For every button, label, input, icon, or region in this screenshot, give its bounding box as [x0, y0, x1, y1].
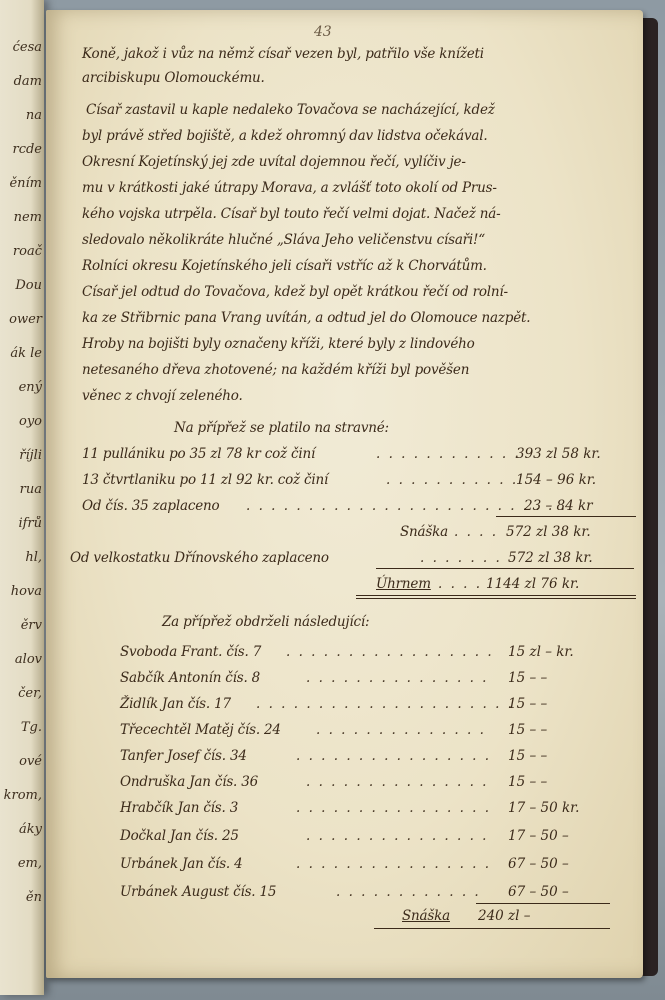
leader-dots: . . . .: [438, 576, 482, 592]
left-page-text-fragment: áky: [0, 822, 44, 837]
total-rule: [356, 598, 636, 599]
section1-heading: Na přípřež se platilo na stravné:: [174, 420, 389, 436]
section2-total-label: Snáška: [402, 908, 450, 924]
total-rule: [356, 595, 636, 596]
leader-dots: . . . .: [454, 524, 498, 540]
ledger-row-amount: 23 – 84 kr: [524, 498, 593, 514]
leader-dots: . . . . . . . . . . . . . . . .: [296, 800, 491, 816]
recipient-name: Dočkal Jan čís. 25: [120, 828, 239, 844]
leader-dots: . . . . . . . . . . . . . . . .: [296, 748, 491, 764]
leader-dots: . . . . . . . . . . . . . . . . . . . . …: [256, 696, 514, 712]
recipient-amount: 67 – 50 –: [508, 856, 569, 872]
left-page-text-fragment: rua: [0, 482, 44, 497]
left-page-text-fragment: čer,: [0, 686, 44, 701]
paragraph-line: kého vojska utrpěla. Císař byl touto řeč…: [82, 206, 500, 222]
page-number: 43: [314, 24, 331, 40]
recipient-name: Urbánek August čís. 15: [120, 884, 276, 900]
paragraph-line: ka ze Střibrnic pana Vrang uvítán, a odt…: [82, 310, 530, 326]
left-page-text-fragment: ové: [0, 754, 44, 769]
leader-dots: . . . . . . . . . . . . . . . .: [296, 856, 491, 872]
recipient-name: Svoboda Frant. čís. 7: [120, 644, 261, 660]
paragraph-line: Okresní Kojetínský jej zde uvítal dojemn…: [82, 154, 466, 170]
recipient-name: Třecechtěl Matěj čís. 24: [120, 722, 281, 738]
left-page-text-fragment: ený: [0, 380, 44, 395]
sum-rule: [376, 568, 634, 569]
left-page-text-fragment: hova: [0, 584, 44, 599]
recipient-amount: 15 – –: [508, 774, 547, 790]
leader-dots: . . . . . . . . . . .: [386, 472, 518, 488]
recipient-name: Urbánek Jan čís. 4: [120, 856, 243, 872]
paragraph-line: Rolníci okresu Kojetínského jeli císaři …: [82, 258, 487, 274]
left-page-text-fragment: alov: [0, 652, 44, 667]
left-page-text-fragment: ěrv: [0, 618, 44, 633]
subtotal-label: Snáška: [400, 524, 448, 540]
recipient-amount: 15 – –: [508, 670, 547, 686]
left-page-text-fragment: ěním: [0, 176, 44, 191]
leader-dots: . . . . . . . . . . . . . . . . . . . . …: [246, 498, 567, 514]
leader-dots: . . . . . . . . . . . . . . .: [306, 774, 488, 790]
leader-dots: . . . . . . . . . . . .: [336, 884, 481, 900]
recipient-name: Hrabčík Jan čís. 3: [120, 800, 238, 816]
sum-rule: [476, 903, 610, 904]
leader-dots: . . . . . . . . . . . .: [376, 446, 521, 462]
left-page-text-fragment: roač: [0, 244, 44, 259]
paragraph-line: Císař zastavil u kaple nedaleko Tovačova…: [86, 102, 495, 118]
left-page-text-fragment: Tg.: [0, 720, 44, 735]
paragraph-line: Koně, jakož i vůz na němž císař vezen by…: [82, 46, 484, 62]
left-page-text-fragment: na: [0, 108, 44, 123]
leader-dots: . . . . . . . . . . . . . .: [316, 722, 486, 738]
ledger-row-desc: 13 čtvrtlaniku po 11 zl 92 kr. což činí: [82, 472, 328, 488]
sum-rule: [496, 516, 636, 517]
left-page-fragment: ćesadamnarcdeěnímnemroačDouowerák leenýo…: [0, 0, 44, 995]
left-page-text-fragment: ifrů: [0, 516, 44, 531]
recipient-amount: 15 – –: [508, 748, 547, 764]
recipient-name: Židlík Jan čís. 17: [120, 696, 231, 712]
ledger-row-desc: Od čís. 35 zaplaceno: [82, 498, 219, 514]
paragraph-line: mu v krátkosti jaké útrapy Morava, a zvl…: [82, 180, 497, 196]
paragraph-line: Hroby na bojišti byly označeny kříži, kt…: [82, 336, 475, 352]
left-page-text-fragment: ower: [0, 312, 44, 327]
ledger-row-amount: 393 zl 58 kr.: [516, 446, 601, 462]
paragraph-line: Císař jel odtud do Tovačova, kdež byl op…: [82, 284, 508, 300]
paragraph-line: sledovalo několikráte hlučné „Sláva Jeho…: [82, 232, 485, 248]
recipient-name: Sabčík Antonín čís. 8: [120, 670, 260, 686]
left-page-text-fragment: oyo: [0, 414, 44, 429]
total-rule: [374, 928, 610, 929]
left-page-text-fragment: říjli: [0, 448, 44, 463]
leader-dots: . . . . . . .: [420, 550, 502, 566]
leader-dots: . . . . . . . . . . . . . . .: [306, 670, 488, 686]
paragraph-line: věnec z chvojí zeleného.: [82, 388, 243, 404]
ledger-row-desc: 11 pullániku po 35 zl 78 kr což činí: [82, 446, 315, 462]
recipient-amount: 67 – 50 –: [508, 884, 569, 900]
paragraph-line: byl právě střed bojiště, a kdež ohromný …: [82, 128, 487, 144]
left-page-text-fragment: ák le: [0, 346, 44, 361]
paragraph-line: arcibiskupu Olomouckému.: [82, 70, 265, 86]
left-page-text-fragment: Dou: [0, 278, 44, 293]
left-page-text-fragment: rcde: [0, 142, 44, 157]
recipient-name: Tanfer Josef čís. 34: [120, 748, 247, 764]
total-amount: 1144 zl 76 kr.: [486, 576, 579, 592]
left-page-text-fragment: ěn: [0, 890, 44, 905]
leader-dots: . . . . . . . . . . . . . . . . .: [286, 644, 494, 660]
left-page-text-fragment: ćesa: [0, 40, 44, 55]
recipient-amount: 17 – 50 kr.: [508, 800, 579, 816]
section2-total-amount: 240 zl –: [478, 908, 531, 924]
recipient-amount: 15 – –: [508, 696, 547, 712]
left-page-text-fragment: em,: [0, 856, 44, 871]
left-page-text-fragment: krom,: [0, 788, 44, 803]
subtotal-amount: 572 zl 38 kr.: [506, 524, 591, 540]
left-page-text-fragment: nem: [0, 210, 44, 225]
ledger-row-amount: 154 – 96 kr.: [516, 472, 596, 488]
ledger-page: 43 Koně, jakož i vůz na němž císař vezen…: [46, 10, 643, 978]
leader-dots: . . . . . . . . . . . . . . .: [306, 828, 488, 844]
recipient-amount: 15 zl – kr.: [508, 644, 574, 660]
left-page-text-fragment: dam: [0, 74, 44, 89]
estate-amount: 572 zl 38 kr.: [508, 550, 593, 566]
recipient-amount: 17 – 50 –: [508, 828, 569, 844]
total-label: Úhrnem: [376, 576, 431, 592]
left-page-text-fragment: hl,: [0, 550, 44, 565]
paragraph-line: netesaného dřeva zhotovené; na každém kř…: [82, 362, 469, 378]
estate-desc: Od velkostatku Dřínovského zaplaceno: [70, 550, 329, 566]
recipient-name: Ondruška Jan čís. 36: [120, 774, 258, 790]
recipient-amount: 15 – –: [508, 722, 547, 738]
section2-heading: Za přípřež obdrželi následující:: [162, 614, 369, 630]
